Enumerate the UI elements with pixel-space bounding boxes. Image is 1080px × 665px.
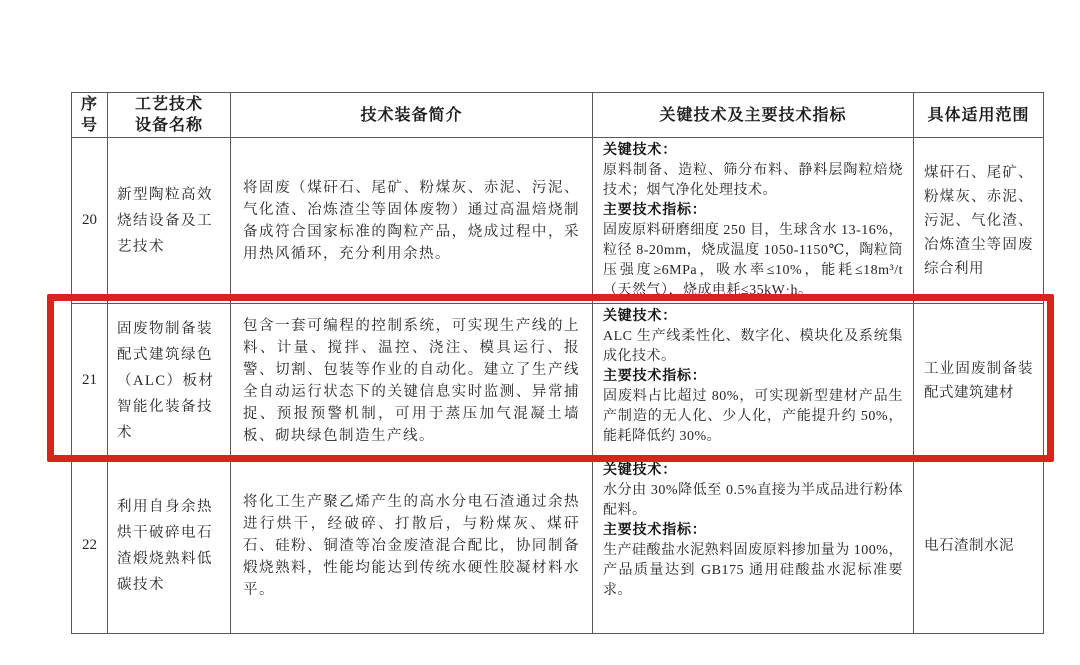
main-indicators-label: 主要技术指标：: [603, 521, 903, 541]
scope-cell: 电石渣制水泥: [914, 458, 1044, 634]
main-indicators-text: 固废原料研磨细度 250 目，生球含水 13-16%，粒径 8-20mm，烧成温…: [603, 221, 903, 301]
key-tech-text: 水分由 30%降低至 0.5%直接为半成品进行粉体配料。: [603, 481, 903, 521]
document-page: 序号 工艺技术 设备名称 技术装备简介 关键技术及主要技术指标 具体适用范围 2…: [0, 0, 1080, 665]
scope-cell: 煤矸石、尾矿、粉煤灰、赤泥、污泥、气化渣、冶炼渣尘等固废综合利用: [914, 138, 1044, 304]
col-header-serial: 序号: [72, 93, 108, 138]
key-indicators-cell: 关键技术： ALC 生产线柔性化、数字化、模块化及系统集成化技术。 主要技术指标…: [593, 304, 914, 458]
col-header-key-indicators: 关键技术及主要技术指标: [593, 93, 914, 138]
main-indicators-label: 主要技术指标：: [603, 367, 903, 387]
brief-cell: 将化工生产聚乙烯产生的高水分电石渣通过余热进行烘干，经破碎、打散后，与粉煤灰、煤…: [231, 458, 593, 634]
table-row-22: 22 利用自身余热烘干破碎电石渣煅烧熟料低碳技术 将化工生产聚乙烯产生的高水分电…: [72, 458, 1044, 634]
equipment-name-cell: 固废物制备装配式建筑绿色（ALC）板材智能化装备技术: [108, 304, 231, 458]
key-tech-label: 关键技术：: [603, 307, 903, 327]
key-tech-label: 关键技术：: [603, 141, 903, 161]
key-tech-text: ALC 生产线柔性化、数字化、模块化及系统集成化技术。: [603, 327, 903, 367]
equipment-name-cell: 新型陶粒高效烧结设备及工艺技术: [108, 138, 231, 304]
serial-cell: 21: [72, 304, 108, 458]
key-indicators-cell: 关键技术： 水分由 30%降低至 0.5%直接为半成品进行粉体配料。 主要技术指…: [593, 458, 914, 634]
main-indicators-text: 固废料占比超过 80%，可实现新型建材产品生产制造的无人化、少人化，产能提升约 …: [603, 387, 903, 447]
main-indicators-text: 生产硅酸盐水泥熟料固废原料掺加量为 100%，产品质量达到 GB175 通用硅酸…: [603, 541, 903, 601]
table-header-row: 序号 工艺技术 设备名称 技术装备简介 关键技术及主要技术指标 具体适用范围: [72, 93, 1044, 138]
table-row-20: 20 新型陶粒高效烧结设备及工艺技术 将固废（煤矸石、尾矿、粉煤灰、赤泥、污泥、…: [72, 138, 1044, 304]
scope-cell: 工业固废制备装配式建筑建材: [914, 304, 1044, 458]
equipment-name-cell: 利用自身余热烘干破碎电石渣煅烧熟料低碳技术: [108, 458, 231, 634]
table-row-21-highlighted: 21 固废物制备装配式建筑绿色（ALC）板材智能化装备技术 包含一套可编程的控制…: [72, 304, 1044, 458]
main-indicators-label: 主要技术指标：: [603, 201, 903, 221]
brief-cell: 将固废（煤矸石、尾矿、粉煤灰、赤泥、污泥、气化渣、冶炼渣尘等固体废物）通过高温焙…: [231, 138, 593, 304]
key-tech-text: 原料制备、造粒、筛分布料、静料层陶粒焙烧技术；烟气净化处理技术。: [603, 161, 903, 201]
col-header-equipment-name: 工艺技术 设备名称: [108, 93, 231, 138]
col-header-brief: 技术装备简介: [231, 93, 593, 138]
serial-cell: 22: [72, 458, 108, 634]
key-indicators-cell: 关键技术： 原料制备、造粒、筛分布料、静料层陶粒焙烧技术；烟气净化处理技术。 主…: [593, 138, 914, 304]
col-header-scope: 具体适用范围: [914, 93, 1044, 138]
serial-cell: 20: [72, 138, 108, 304]
brief-cell: 包含一套可编程的控制系统，可实现生产线的上料、计量、搅拌、温控、浇注、模具运行、…: [231, 304, 593, 458]
key-tech-label: 关键技术：: [603, 461, 903, 481]
technology-table: 序号 工艺技术 设备名称 技术装备简介 关键技术及主要技术指标 具体适用范围 2…: [71, 92, 1044, 634]
